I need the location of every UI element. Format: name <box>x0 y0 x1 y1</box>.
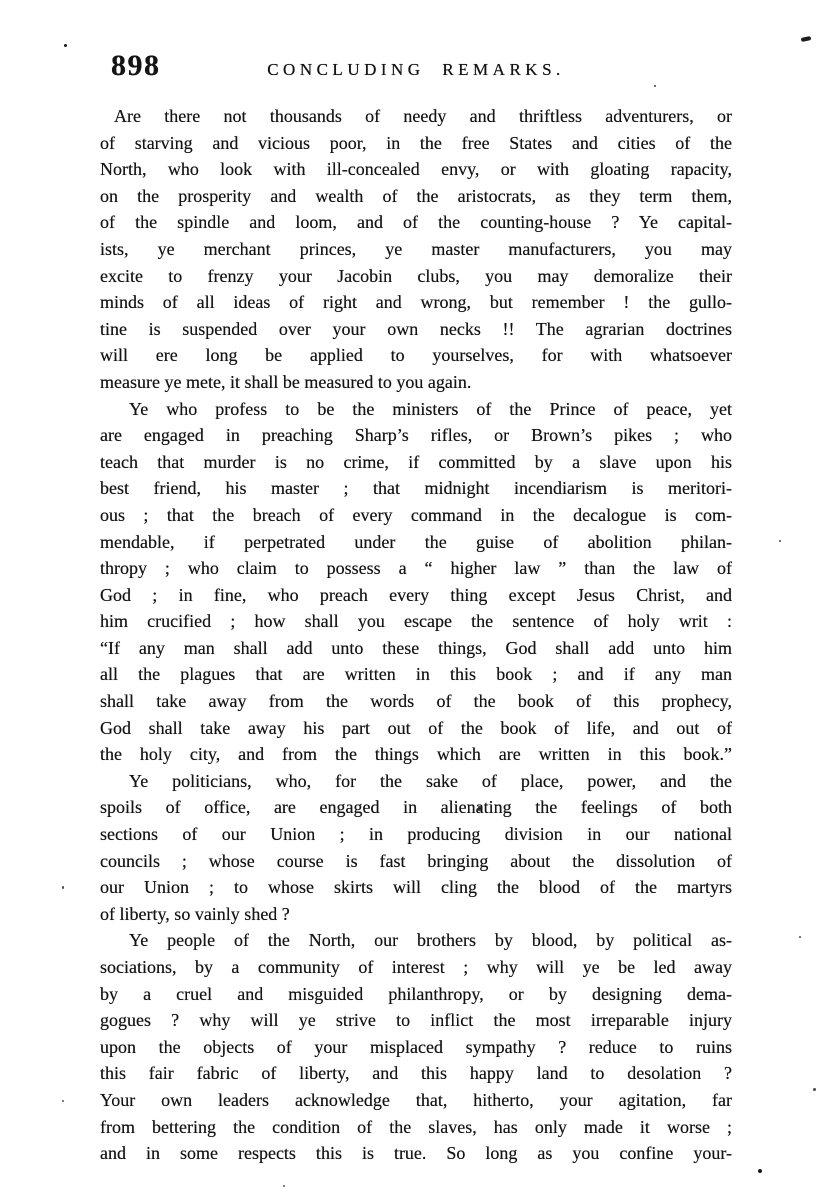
text-line: of starving and vicious poor, in the fre… <box>100 130 732 157</box>
text-line: our Union ; to whose skirts will cling t… <box>100 874 732 901</box>
scan-speck <box>799 936 801 938</box>
text-line: thropy ; who claim to possess a “ higher… <box>100 555 732 582</box>
text-line: him crucified ; how shall you escape the… <box>100 608 732 635</box>
text-line: this fair fabric of liberty, and this ha… <box>100 1060 732 1087</box>
scan-speck <box>478 806 481 811</box>
text-line: teach that murder is no crime, if commit… <box>100 449 732 476</box>
text-line: the holy city, and from the things which… <box>100 741 732 768</box>
text-line: Ye politicians, who, for the sake of pla… <box>100 768 732 795</box>
text-line: God ; in fine, who preach every thing ex… <box>100 582 732 609</box>
scan-speck <box>779 540 781 542</box>
text-line: spoils of office, are engaged in alienat… <box>100 794 732 821</box>
book-page: 898 CONCLUDING REMARKS. Are there not th… <box>0 0 822 1200</box>
text-line: “If any man shall add unto these things,… <box>100 635 732 662</box>
text-line: are engaged in preaching Sharp’s rifles,… <box>100 422 732 449</box>
text-line: councils ; whose course is fast bringing… <box>100 848 732 875</box>
text-line: Ye who profess to be the ministers of th… <box>100 396 732 423</box>
page-body: Are there not thousands of needy and thr… <box>100 103 732 1167</box>
scan-speck <box>62 886 64 889</box>
running-header: CONCLUDING REMARKS. <box>100 60 732 80</box>
text-line: Your own leaders acknowledge that, hithe… <box>100 1087 732 1114</box>
text-line: will ere long be applied to yourselves, … <box>100 342 732 369</box>
scan-speck <box>62 1100 64 1102</box>
text-line: North, who look with ill-concealed envy,… <box>100 156 732 183</box>
text-line: excite to frenzy your Jacobin clubs, you… <box>100 263 732 290</box>
text-line: sociations, by a community of interest ;… <box>100 954 732 981</box>
text-line: on the prosperity and wealth of the aris… <box>100 183 732 210</box>
scan-speck <box>758 1169 762 1173</box>
paragraph: Are there not thousands of needy and thr… <box>100 103 732 396</box>
text-line: shall take away from the words of the bo… <box>100 688 732 715</box>
scan-speck <box>64 44 67 47</box>
text-line: minds of all ideas of right and wrong, b… <box>100 289 732 316</box>
scan-speck <box>283 1185 285 1187</box>
paragraph: Ye people of the North, our brothers by … <box>100 927 732 1166</box>
text-line: upon the objects of your misplaced sympa… <box>100 1034 732 1061</box>
paragraph: Ye politicians, who, for the sake of pla… <box>100 768 732 928</box>
page-header: 898 CONCLUDING REMARKS. <box>100 56 732 88</box>
text-line: measure ye mete, it shall be measured to… <box>100 369 732 396</box>
text-line: by a cruel and misguided philanthropy, o… <box>100 981 732 1008</box>
text-line: gogues ? why will ye strive to inflict t… <box>100 1007 732 1034</box>
text-line: and in some respects this is true. So lo… <box>100 1140 732 1167</box>
text-line: Are there not thousands of needy and thr… <box>100 103 732 130</box>
text-line: ists, ye merchant princes, ye master man… <box>100 236 732 263</box>
text-line: tine is suspended over your own necks !!… <box>100 316 732 343</box>
paragraph: Ye who profess to be the ministers of th… <box>100 396 732 768</box>
text-line: all the plagues that are written in this… <box>100 661 732 688</box>
text-line: of liberty, so vainly shed ? <box>100 901 732 928</box>
scan-speck <box>813 1088 816 1091</box>
text-line: of the spindle and loom, and of the coun… <box>100 209 732 236</box>
text-line: Ye people of the North, our brothers by … <box>100 927 732 954</box>
scan-speck <box>801 36 812 42</box>
text-line: from bettering the condition of the slav… <box>100 1114 732 1141</box>
text-line: God shall take away his part out of the … <box>100 715 732 742</box>
text-line: mendable, if perpetrated under the guise… <box>100 529 732 556</box>
text-line: ous ; that the breach of every command i… <box>100 502 732 529</box>
text-line: sections of our Union ; in producing div… <box>100 821 732 848</box>
scan-speck <box>654 85 656 87</box>
text-line: best friend, his master ; that midnight … <box>100 475 732 502</box>
